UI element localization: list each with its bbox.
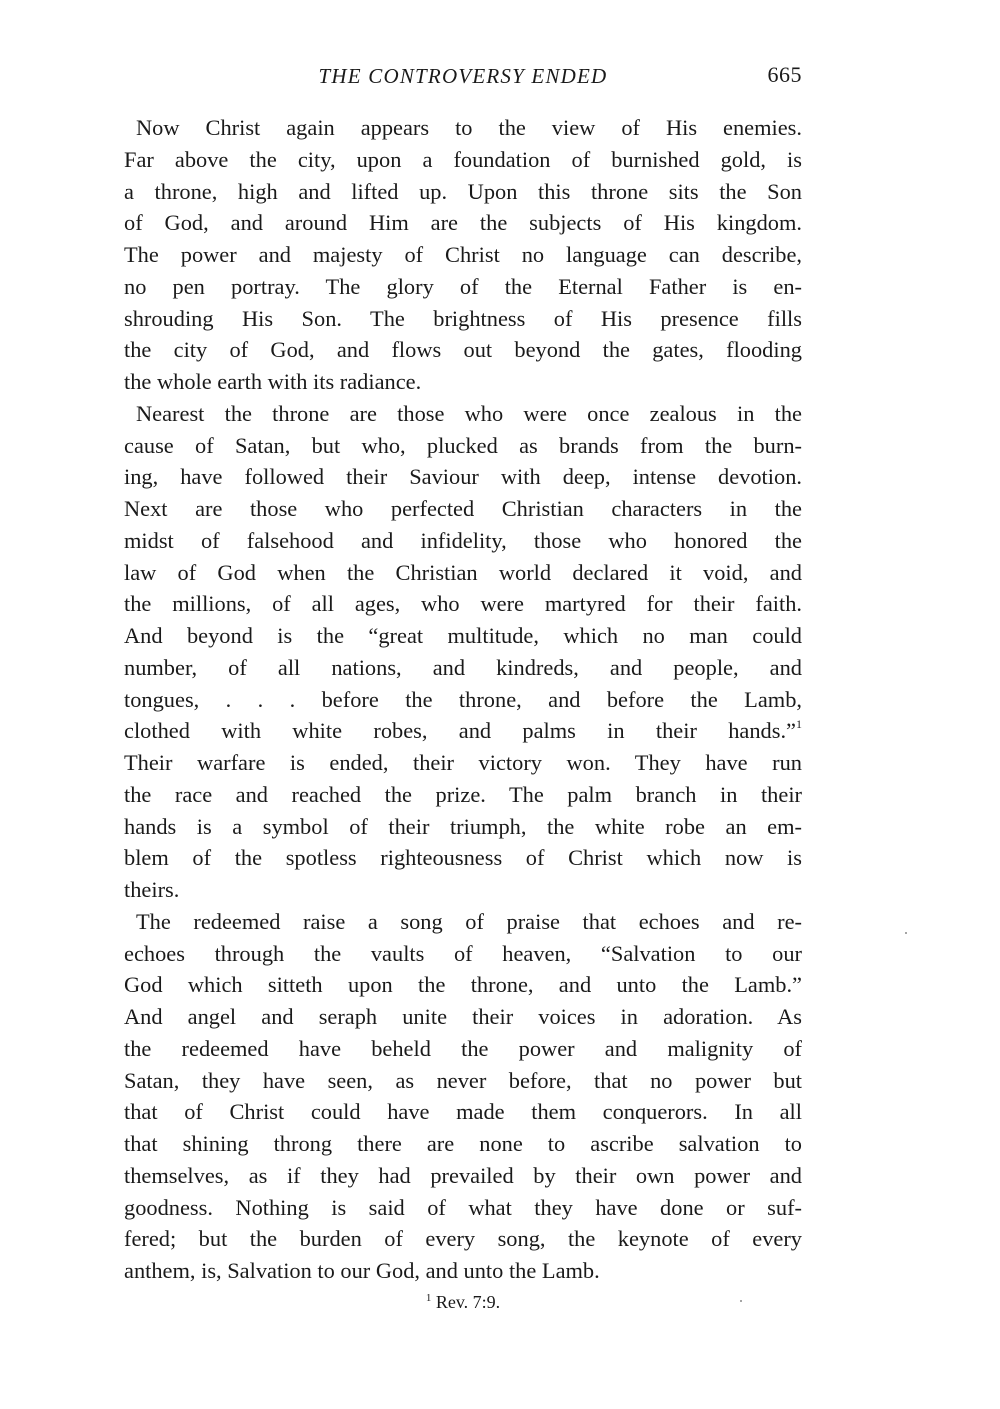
text-line: Nearest the throne are those who were on… bbox=[124, 398, 802, 430]
text-line: anthem, is, Salvation to our God, and un… bbox=[124, 1255, 802, 1287]
text-line: fered; but the burden of every song, the… bbox=[124, 1223, 802, 1255]
text-line: God which sitteth upon the throne, and u… bbox=[124, 969, 802, 1001]
text-line: the whole earth with its radiance. bbox=[124, 366, 802, 398]
text-line: The redeemed raise a song of praise that… bbox=[124, 906, 802, 938]
text-line-content: clothed with white robes, and palms in t… bbox=[124, 718, 796, 743]
scan-speck bbox=[905, 932, 907, 934]
text-line: blem of the spotless righteousness of Ch… bbox=[124, 842, 802, 874]
footnote-mark: 1 bbox=[426, 1292, 432, 1304]
text-line: Next are those who perfected Christian c… bbox=[124, 493, 802, 525]
text-line: ing, have followed their Saviour with de… bbox=[124, 461, 802, 493]
text-line: midst of falsehood and infidelity, those… bbox=[124, 525, 802, 557]
text-line: goodness. Nothing is said of what they h… bbox=[124, 1192, 802, 1224]
text-line: cause of Satan, but who, plucked as bran… bbox=[124, 430, 802, 462]
running-head: THE CONTROVERSY ENDED 665 bbox=[124, 60, 802, 94]
text-line: Their warfare is ended, their victory wo… bbox=[124, 747, 802, 779]
book-page: THE CONTROVERSY ENDED 665 Now Christ aga… bbox=[0, 0, 1000, 1409]
text-line: Now Christ again appears to the view of … bbox=[124, 112, 802, 144]
text-line: And angel and seraph unite their voices … bbox=[124, 1001, 802, 1033]
text-line: law of God when the Christian world decl… bbox=[124, 557, 802, 589]
chapter-title: THE CONTROVERSY ENDED bbox=[124, 64, 802, 89]
footnote: 1 Rev. 7:9. bbox=[124, 1292, 802, 1313]
text-line: a throne, high and lifted up. Upon this … bbox=[124, 176, 802, 208]
text-line: the race and reached the prize. The palm… bbox=[124, 779, 802, 811]
body-text: Now Christ again appears to the view of … bbox=[124, 112, 802, 1287]
paragraph-3: The redeemed raise a song of praise that… bbox=[124, 906, 802, 1287]
page-number: 665 bbox=[768, 62, 803, 88]
paragraph-1: Now Christ again appears to the view of … bbox=[124, 112, 802, 398]
text-line: Satan, they have seen, as never before, … bbox=[124, 1065, 802, 1097]
text-line: tongues, . . . before the throne, and be… bbox=[124, 684, 802, 716]
text-line: Far above the city, upon a foundation of… bbox=[124, 144, 802, 176]
text-line: the millions, of all ages, who were mart… bbox=[124, 588, 802, 620]
text-line: And beyond is the “great multitude, whic… bbox=[124, 620, 802, 652]
text-line: of God, and around Him are the subjects … bbox=[124, 207, 802, 239]
text-line: the city of God, and flows out beyond th… bbox=[124, 334, 802, 366]
text-line: number, of all nations, and kindreds, an… bbox=[124, 652, 802, 684]
text-line: hands is a symbol of their triumph, the … bbox=[124, 811, 802, 843]
text-line: no pen portray. The glory of the Eternal… bbox=[124, 271, 802, 303]
footnote-text: Rev. 7:9. bbox=[436, 1292, 500, 1312]
text-line: shrouding His Son. The brightness of His… bbox=[124, 303, 802, 335]
text-line: The power and majesty of Christ no langu… bbox=[124, 239, 802, 271]
text-line: that of Christ could have made them conq… bbox=[124, 1096, 802, 1128]
paragraph-2: Nearest the throne are those who were on… bbox=[124, 398, 802, 906]
text-line: echoes through the vaults of heaven, “Sa… bbox=[124, 938, 802, 970]
text-line: that shining throng there are none to as… bbox=[124, 1128, 802, 1160]
text-line: theirs. bbox=[124, 874, 802, 906]
footnote-reference[interactable]: 1 bbox=[796, 717, 802, 731]
text-line: themselves, as if they had prevailed by … bbox=[124, 1160, 802, 1192]
text-line-with-footnote: clothed with white robes, and palms in t… bbox=[124, 715, 802, 747]
text-line: the redeemed have beheld the power and m… bbox=[124, 1033, 802, 1065]
scan-speck bbox=[740, 1300, 742, 1302]
